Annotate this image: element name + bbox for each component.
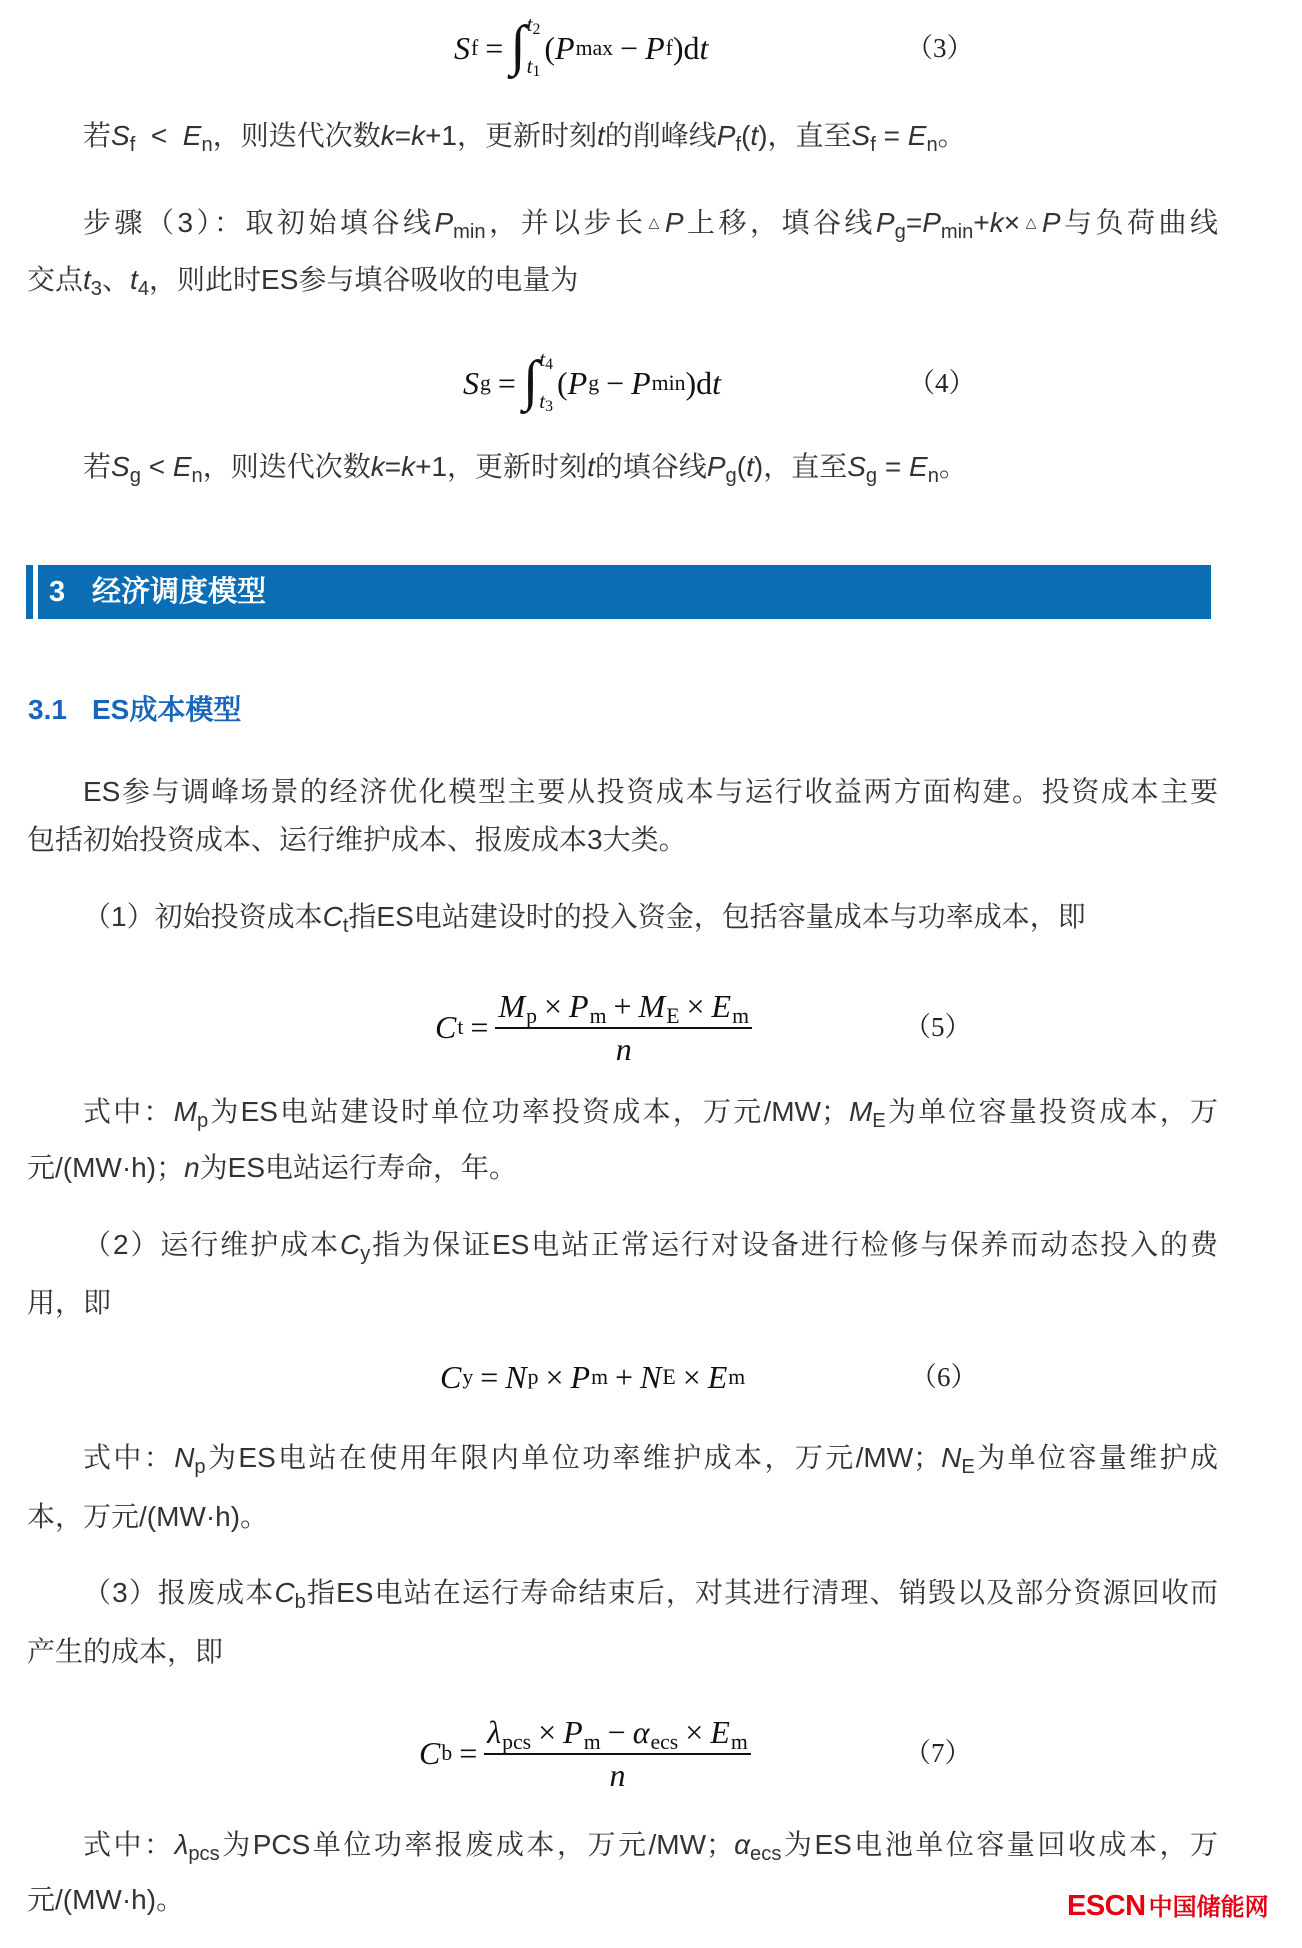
math-var: P [707, 451, 726, 482]
math-var: P [922, 207, 941, 238]
text-run: 上移，填谷线 [684, 207, 876, 238]
equation-number-6: （6） [910, 1357, 978, 1397]
math-var: P [569, 988, 589, 1024]
math-var: E [183, 120, 202, 151]
step3-line-1: 步骤（3）：取初始填谷线Pmin，并以步长△P上移，填谷线Pg=Pmin+k×△… [83, 203, 1218, 243]
math-subscript: m [731, 1730, 748, 1754]
math-var: α [734, 1829, 750, 1860]
math-var: P [631, 365, 651, 402]
text-run: ，则此时ES参与填谷吸收的电量为 [149, 264, 578, 295]
math-subscript: 1 [532, 63, 540, 80]
delta-icon: △ [1022, 214, 1040, 230]
text-run: 若 [83, 120, 111, 151]
text-run: < [135, 120, 182, 151]
math-operator: × [685, 1714, 703, 1750]
math-operator: × [686, 988, 704, 1024]
math-var: k [990, 207, 1004, 238]
math-var: n [610, 1757, 626, 1793]
text-run: ，则迭代次数 [213, 120, 381, 151]
text-run: 的填谷线 [595, 451, 707, 482]
math-var: M [174, 1096, 197, 1127]
math-operator: + [615, 1359, 633, 1396]
math-var: P [1042, 207, 1061, 238]
math-subscript: g [866, 465, 877, 487]
math-subscript: 2 [532, 21, 540, 38]
math-var: M [639, 988, 666, 1024]
math-subscript: n [926, 134, 937, 156]
math-subscript: min [941, 221, 973, 243]
text-run: 为ES电池单位容量回收成本，万 [781, 1829, 1218, 1860]
numerator: λpcs×Pm−αecs×Em [484, 1712, 751, 1755]
math-var: t [597, 120, 605, 151]
text-run: 为PCS单位功率报废成本，万元/MW； [220, 1829, 734, 1860]
integral-sign: ∫ [523, 348, 538, 418]
math-var: N [941, 1442, 961, 1473]
equation-number-4: （4） [908, 363, 976, 403]
text-run: （1）初始投资成本 [83, 901, 323, 932]
math-var: P [876, 207, 895, 238]
math-var: E [173, 451, 192, 482]
math-subscript: n [928, 465, 939, 487]
text-run: 步骤（3）：取初始填谷线 [83, 207, 434, 238]
math-var: C [274, 1577, 294, 1608]
text-run: 、 [102, 264, 130, 295]
text-run: 。 [939, 451, 967, 482]
math-var: E [710, 1714, 730, 1750]
where7-line-2: 元/(MW·h)。 [27, 1880, 184, 1920]
math-subscript: y [360, 1243, 370, 1265]
fraction: λpcs×Pm−αecs×Em n [484, 1712, 751, 1795]
math-subscript: n [201, 134, 212, 156]
math-paren: ( [557, 365, 568, 402]
equation-number-3: （3） [906, 28, 974, 68]
math-var: k [371, 451, 385, 482]
math-var: S [852, 120, 871, 151]
math-operator: × [683, 1359, 701, 1396]
math-operator: = [470, 1009, 488, 1046]
math-var: P [568, 365, 588, 402]
math-subscript: min [453, 221, 485, 243]
integral: ∫ t4 t3 [523, 348, 553, 418]
math-var: S [463, 365, 479, 402]
math-var: t [746, 451, 754, 482]
math-var: P [717, 120, 736, 151]
denominator: n [616, 1029, 632, 1069]
math-subscript: p [197, 1110, 208, 1132]
peak-iteration-line: 若Sf < En，则迭代次数k=k+1，更新时刻t的削峰线Pf(t)，直至Sf … [83, 116, 966, 156]
text-run: )，直至 [754, 451, 847, 482]
math-var: C [440, 1359, 461, 1396]
integral-sign: ∫ [510, 13, 525, 83]
escn-watermark-logo: ESCN中国储能网 [1067, 1886, 1269, 1926]
math-operator: − [606, 365, 624, 402]
math-var: P [665, 207, 684, 238]
math-subscript: p [526, 1004, 537, 1028]
document-page: Sf = ∫ t2 t1 (Pmax − Pf)dt （3） 若Sf < En，… [0, 0, 1302, 1948]
math-var: S [847, 451, 866, 482]
text-run: ，则迭代次数 [203, 451, 371, 482]
text-run: 指为保证ES电站正常运行对设备进行检修与保养而动态投入的费 [370, 1229, 1218, 1260]
valley-iteration-line: 若Sg < En，则迭代次数k=k+1，更新时刻t的填谷线Pg(t)，直至Sg … [83, 447, 967, 487]
math-var: E [908, 120, 927, 151]
where6-line-2: 本，万元/(MW·h)。 [27, 1497, 268, 1537]
math-var: P [571, 1359, 591, 1396]
text-run: )，直至 [758, 120, 851, 151]
math-operator: − [608, 1714, 626, 1750]
text-run: ，并以步长 [486, 207, 647, 238]
math-var: N [505, 1359, 526, 1396]
math-subscript: pcs [502, 1730, 531, 1754]
math-subscript: 3 [91, 278, 102, 300]
where6-line-1: 式中：Np为ES电站在使用年限内单位功率维护成本，万元/MW；NE为单位容量维护… [83, 1438, 1218, 1478]
integral-limits: t2 t1 [527, 13, 541, 83]
intro-paragraph-line-1: ES参与调峰场景的经济优化模型主要从投资成本与运行收益两方面构建。投资成本主要 [83, 772, 1218, 812]
formula-7: Cb = λpcs×Pm−αecs×Em n [419, 1712, 751, 1794]
where5-line-2: 元/(MW·h)；n为ES电站运行寿命，年。 [27, 1148, 517, 1188]
math-var: E [909, 451, 928, 482]
math-var: k [401, 451, 415, 482]
math-var: C [323, 901, 343, 932]
item3-line-2: 产生的成本，即 [27, 1632, 223, 1672]
math-subscript: E [666, 1004, 679, 1028]
text-run: 式中： [83, 1096, 174, 1127]
math-var: P [555, 30, 575, 67]
math-var: C [340, 1229, 360, 1260]
math-var: t [700, 30, 709, 67]
math-operator: × [544, 988, 562, 1024]
math-subscript: ecs [650, 1730, 678, 1754]
text-run: 为单位容量维护成 [975, 1442, 1218, 1473]
math-var: P [434, 207, 453, 238]
text-run: × [1004, 207, 1020, 238]
math-subscript: E [872, 1110, 885, 1132]
text-run: 式中： [83, 1829, 175, 1860]
math-var: N [174, 1442, 194, 1473]
upper-limit: t2 [527, 13, 541, 41]
formula-4: Sg = ∫ t4 t3 (Pg − Pmin)dt [463, 338, 721, 428]
math-var: C [435, 1009, 456, 1046]
math-var: C [419, 1735, 440, 1772]
text-run: 元/(MW·h)； [27, 1152, 184, 1183]
text-run: 的削峰线 [605, 120, 717, 151]
math-subscript: p [194, 1456, 205, 1478]
math-var: λ [175, 1829, 189, 1860]
text-run: 为ES电站建设时单位功率投资成本，万元/MW； [208, 1096, 849, 1127]
math-var: S [454, 30, 470, 67]
subsection-number: 3.1 [28, 690, 67, 730]
math-subscript: ecs [750, 1843, 781, 1865]
text-run: ( [737, 451, 746, 482]
section-number: 3 [49, 565, 65, 619]
math-operator: = [485, 30, 503, 67]
text-run: 。 [938, 120, 966, 151]
logo-chinese-text: 中国储能网 [1149, 1894, 1269, 1921]
math-var: λ [487, 1714, 501, 1750]
fraction: Mp×Pm+ME×Em n [495, 986, 752, 1069]
section-accent-stripe [26, 565, 33, 619]
math-var: E [712, 988, 732, 1024]
text-run: （3）报废成本 [83, 1577, 274, 1608]
formula-5: Ct = Mp×Pm+ME×Em n [435, 986, 752, 1068]
math-operator: × [538, 1714, 556, 1750]
math-subscript: pcs [188, 1843, 219, 1865]
math-subscript: 4 [545, 356, 553, 373]
math-var: N [640, 1359, 661, 1396]
formula-3: Sf = ∫ t2 t1 (Pmax − Pf)dt [454, 3, 708, 93]
item2-line-2: 用，即 [27, 1283, 111, 1323]
text-run: 式中： [83, 1442, 174, 1473]
text-run: 为单位容量投资成本，万 [886, 1096, 1218, 1127]
formula-6: Cy = Np×Pm+NE×Em [440, 1332, 745, 1422]
math-operator: = [459, 1735, 477, 1772]
math-var: t [83, 264, 91, 295]
text-run: = [877, 451, 909, 482]
math-var: n [616, 1031, 632, 1067]
logo-latin-text: ESCN [1067, 1890, 1146, 1922]
math-subscript: b [295, 1591, 306, 1613]
text-run: 指ES电站建设时的投入资金，包括容量成本与功率成本，即 [348, 901, 1085, 932]
math-var: n [184, 1152, 200, 1183]
math-var: k [381, 120, 395, 151]
math-operator: = [480, 1359, 498, 1396]
math-var: t [587, 451, 595, 482]
upper-limit: t4 [539, 348, 553, 376]
text-run: = [385, 451, 401, 482]
text-run: 若 [83, 451, 111, 482]
math-subscript: g [726, 465, 737, 487]
item2-line-1: （2）运行维护成本Cy指为保证ES电站正常运行对设备进行检修与保养而动态投入的费 [83, 1225, 1218, 1265]
math-var: α [633, 1714, 650, 1750]
where5-line-1: 式中：Mp为ES电站建设时单位功率投资成本，万元/MW；ME为单位容量投资成本，… [83, 1092, 1218, 1132]
text-run: 为ES电站在使用年限内单位功率维护成本，万元/MW； [206, 1442, 942, 1473]
math-subscript: n [192, 465, 203, 487]
math-var: t [130, 264, 138, 295]
denominator: n [610, 1755, 626, 1795]
text-run: = [876, 120, 908, 151]
text-run: 与负荷曲线 [1061, 207, 1218, 238]
math-subscript: g [895, 221, 906, 243]
where7-line-1: 式中：λpcs为PCS单位功率报废成本，万元/MW；αecs为ES电池单位容量回… [83, 1825, 1218, 1865]
math-var: M [849, 1096, 872, 1127]
equation-number-5: （5） [904, 1007, 972, 1047]
math-var: P [563, 1714, 583, 1750]
math-var: E [708, 1359, 728, 1396]
math-subscript: 4 [138, 278, 149, 300]
math-paren: ( [544, 30, 555, 67]
text-run: （2）运行维护成本 [83, 1229, 340, 1260]
text-run: +1，更新时刻 [425, 120, 597, 151]
item1-line: （1）初始投资成本Ct指ES电站建设时的投入资金，包括容量成本与功率成本，即 [83, 897, 1086, 937]
math-text: )d [686, 365, 713, 402]
math-var: k [411, 120, 425, 151]
math-var: t [712, 365, 721, 402]
item3-line-1: （3）报废成本Cb指ES电站在运行寿命结束后，对其进行清理、销毁以及部分资源回收… [83, 1573, 1218, 1613]
subsection-title: ES成本模型 [92, 690, 241, 730]
text-run: 为ES电站运行寿命，年。 [200, 1152, 517, 1183]
math-operator: × [545, 1359, 563, 1396]
delta-icon: △ [649, 214, 663, 230]
lower-limit: t3 [539, 390, 553, 418]
numerator: Mp×Pm+ME×Em [495, 986, 752, 1029]
math-text: )d [673, 30, 700, 67]
equation-number-7: （7） [904, 1733, 972, 1773]
math-operator: = [498, 365, 516, 402]
subsection-header: 3.1 ES成本模型 [0, 690, 600, 730]
section-header: 3 经济调度模型 [38, 565, 1211, 619]
math-subscript: g [130, 465, 141, 487]
text-run: 交点 [27, 264, 83, 295]
math-subscript: m [732, 1004, 749, 1028]
intro-paragraph-line-2: 包括初始投资成本、运行维护成本、报废成本3大类。 [27, 820, 687, 860]
math-var: S [111, 451, 130, 482]
text-run: +1，更新时刻 [415, 451, 587, 482]
math-var: M [498, 988, 525, 1024]
text-run: = [395, 120, 411, 151]
integral-limits: t4 t3 [539, 348, 553, 418]
math-subscript: 3 [545, 398, 553, 415]
section-title: 经济调度模型 [92, 565, 266, 619]
math-operator: + [613, 988, 631, 1024]
lower-limit: t1 [527, 55, 541, 83]
math-subscript: m [590, 1004, 607, 1028]
text-run: < [141, 451, 173, 482]
math-var: P [645, 30, 665, 67]
text-run: = [906, 207, 922, 238]
text-run: + [973, 207, 989, 238]
step3-line-2: 交点t3、t4，则此时ES参与填谷吸收的电量为 [27, 260, 578, 300]
math-subscript: m [584, 1730, 601, 1754]
text-run: 指ES电站在运行寿命结束后，对其进行清理、销毁以及部分资源回收而 [306, 1577, 1218, 1608]
math-subscript: E [961, 1456, 974, 1478]
integral: ∫ t2 t1 [510, 13, 540, 83]
math-operator: − [620, 30, 638, 67]
math-var: S [111, 120, 130, 151]
